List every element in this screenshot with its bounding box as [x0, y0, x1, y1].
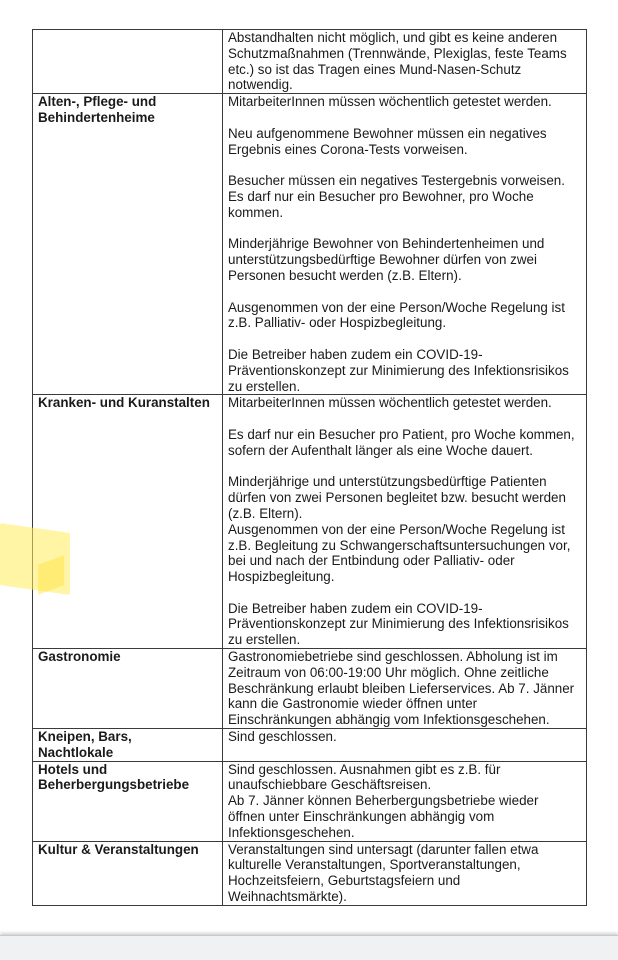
row-description: MitarbeiterInnen müssen wöchentlich gete… — [223, 94, 587, 395]
rule-line: etc.) so ist das Tragen eines Mund-Nasen… — [228, 62, 521, 77]
rule-paragraph: Sind geschlossen. — [228, 729, 582, 745]
table-row: Abstandhalten nicht möglich, und gibt es… — [33, 30, 587, 94]
document-page: Abstandhalten nicht möglich, und gibt es… — [0, 0, 618, 935]
rule-paragraph: Minderjährige Bewohner von Behindertenhe… — [228, 236, 582, 283]
row-description: Veranstaltungen sind untersagt (darunter… — [223, 841, 587, 905]
rule-line: Die Betreiber haben zudem ein COVID-19- — [228, 347, 483, 362]
rule-line: Infektionsgeschehen. — [228, 825, 355, 840]
rule-line: Präventionskonzept zur Minimierung des I… — [228, 616, 569, 631]
row-category — [33, 30, 223, 94]
rule-paragraph: Neu aufgenommene Bewohner müssen ein neg… — [228, 126, 582, 158]
table-row: GastronomieGastronomiebetriebe sind gesc… — [33, 649, 587, 729]
rule-line: notwendig. — [228, 77, 293, 92]
rule-line: zu erstellen. — [228, 632, 300, 647]
rule-line: Besucher müssen ein negatives Testergebn… — [228, 173, 565, 188]
rule-paragraph: Minderjährige und unterstützungsbedürfti… — [228, 474, 582, 521]
rule-paragraph: Sind geschlossen. Ausnahmen gibt es z.B.… — [228, 762, 582, 794]
rule-line: unterstützungsbedürftige Bewohner dürfen… — [228, 252, 537, 267]
row-category: Kultur & Veranstaltungen — [33, 841, 223, 905]
rule-line: sofern der Aufenthalt länger als eine Wo… — [228, 443, 533, 458]
row-category: Kranken- und Kuranstalten — [33, 395, 223, 649]
rule-line: kann die Gastronomie wieder öffnen unter — [228, 696, 477, 711]
row-category: Alten-, Pflege- undBehindertenheime — [33, 94, 223, 395]
category-line: Hotels und — [38, 762, 107, 777]
rule-line: Sind geschlossen. — [228, 729, 337, 744]
category-line: Nachtlokale — [38, 745, 113, 760]
rule-paragraph: Ab 7. Jänner können Beherbergungsbetrieb… — [228, 793, 582, 840]
table-row: Kneipen, Bars,NachtlokaleSind geschlosse… — [33, 729, 587, 762]
rule-line: Es darf nur ein Besucher pro Patient, pr… — [228, 427, 575, 442]
rule-paragraph: Besucher müssen ein negatives Testergebn… — [228, 173, 582, 220]
row-description: MitarbeiterInnen müssen wöchentlich gete… — [223, 395, 587, 649]
rule-line: Gastronomiebetriebe sind geschlossen. Ab… — [228, 649, 558, 664]
rule-line: (z.B. Eltern). — [228, 506, 302, 521]
rule-line: zu erstellen. — [228, 379, 300, 394]
rule-line: Minderjährige Bewohner von Behindertenhe… — [228, 236, 544, 251]
rule-line: Veranstaltungen sind untersagt (darunter… — [228, 842, 538, 857]
rule-line: Die Betreiber haben zudem ein COVID-19- — [228, 601, 483, 616]
viewer-bottom-bar — [0, 935, 618, 960]
rule-line: Ausgenommen von der eine Person/Woche Re… — [228, 522, 565, 537]
rule-paragraph: Die Betreiber haben zudem ein COVID-19-P… — [228, 601, 582, 648]
row-category: Kneipen, Bars,Nachtlokale — [33, 729, 223, 762]
row-category: Gastronomie — [33, 649, 223, 729]
rule-line: Sind geschlossen. Ausnahmen gibt es z.B.… — [228, 762, 500, 777]
rule-line: Abstandhalten nicht möglich, und gibt es… — [228, 30, 557, 45]
rule-line: Einschränkungen abhängig vom Infektionsg… — [228, 712, 550, 727]
rule-line: Ab 7. Jänner können Beherbergungsbetrieb… — [228, 793, 538, 808]
table-row: Kranken- und KuranstaltenMitarbeiterInne… — [33, 395, 587, 649]
rule-line: Ergebnis eines Corona-Tests vorweisen. — [228, 142, 468, 157]
regulations-table: Abstandhalten nicht möglich, und gibt es… — [32, 29, 587, 906]
rule-line: Es darf nur ein Besucher pro Bewohner, p… — [228, 189, 534, 204]
table-row: Kultur & VeranstaltungenVeranstaltungen … — [33, 841, 587, 905]
rule-line: Personen besucht werden (z.B. Eltern). — [228, 268, 462, 283]
row-description: Abstandhalten nicht möglich, und gibt es… — [223, 30, 587, 94]
rule-line: Hochzeitsfeiern, Geburtstagsfeiern und — [228, 873, 460, 888]
rule-line: kulturelle Veranstaltungen, Sportveranst… — [228, 857, 521, 872]
rule-line: kommen. — [228, 205, 283, 220]
rule-line: Neu aufgenommene Bewohner müssen ein neg… — [228, 126, 547, 141]
category-line: Beherbergungsbetriebe — [38, 777, 189, 792]
row-category: Hotels undBeherbergungsbetriebe — [33, 761, 223, 841]
rule-paragraph: Gastronomiebetriebe sind geschlossen. Ab… — [228, 649, 582, 728]
row-description: Sind geschlossen. Ausnahmen gibt es z.B.… — [223, 761, 587, 841]
rule-paragraph: Veranstaltungen sind untersagt (darunter… — [228, 842, 582, 905]
rule-line: Beschränkung erlaubt bleiben Lieferservi… — [228, 681, 574, 696]
rule-line: z.B. Begleitung zu Schwangerschaftsunter… — [228, 538, 570, 553]
rule-line: bei und nach der Entbindung oder Palliat… — [228, 553, 515, 568]
row-description: Gastronomiebetriebe sind geschlossen. Ab… — [223, 649, 587, 729]
rule-line: Minderjährige und unterstützungsbedürfti… — [228, 474, 547, 489]
category-line: Kranken- und Kuranstalten — [38, 395, 210, 410]
rule-line: MitarbeiterInnen müssen wöchentlich gete… — [228, 395, 552, 410]
rule-paragraph: MitarbeiterInnen müssen wöchentlich gete… — [228, 94, 582, 110]
category-line: Alten-, Pflege- und — [38, 94, 156, 109]
row-description: Sind geschlossen. — [223, 729, 587, 762]
rule-paragraph: Ausgenommen von der eine Person/Woche Re… — [228, 300, 582, 332]
rule-line: dürfen von zwei Personen begleitet bzw. … — [228, 490, 566, 505]
rule-line: Zeitraum von 06:00-19:00 Uhr möglich. Oh… — [228, 665, 549, 680]
rule-paragraph: Abstandhalten nicht möglich, und gibt es… — [228, 30, 582, 93]
category-line: Behindertenheime — [38, 110, 155, 125]
rule-line: Weihnachtsmärkte). — [228, 889, 347, 904]
category-line: Kneipen, Bars, — [38, 729, 132, 744]
rule-line: unaufschiebbare Geschäftsreisen. — [228, 777, 431, 792]
category-line: Gastronomie — [38, 649, 121, 664]
rule-paragraph: Es darf nur ein Besucher pro Patient, pr… — [228, 427, 582, 459]
rule-line: Schutzmaßnahmen (Trennwände, Plexiglas, … — [228, 46, 567, 61]
table-row: Alten-, Pflege- undBehindertenheimeMitar… — [33, 94, 587, 395]
rule-paragraph: Ausgenommen von der eine Person/Woche Re… — [228, 522, 582, 585]
rule-line: Präventionskonzept zur Minimierung des I… — [228, 363, 569, 378]
rule-line: z.B. Palliativ- oder Hospizbegleitung. — [228, 315, 446, 330]
rule-line: Ausgenommen von der eine Person/Woche Re… — [228, 300, 565, 315]
table-row: Hotels undBeherbergungsbetriebeSind gesc… — [33, 761, 587, 841]
rule-line: Hospizbegleitung. — [228, 569, 334, 584]
category-line: Kultur & Veranstaltungen — [38, 842, 199, 857]
rule-line: MitarbeiterInnen müssen wöchentlich gete… — [228, 94, 552, 109]
rule-paragraph: MitarbeiterInnen müssen wöchentlich gete… — [228, 395, 582, 411]
rule-paragraph: Die Betreiber haben zudem ein COVID-19-P… — [228, 347, 582, 394]
rule-line: öffnen unter Einschränkungen abhängig vo… — [228, 809, 494, 824]
